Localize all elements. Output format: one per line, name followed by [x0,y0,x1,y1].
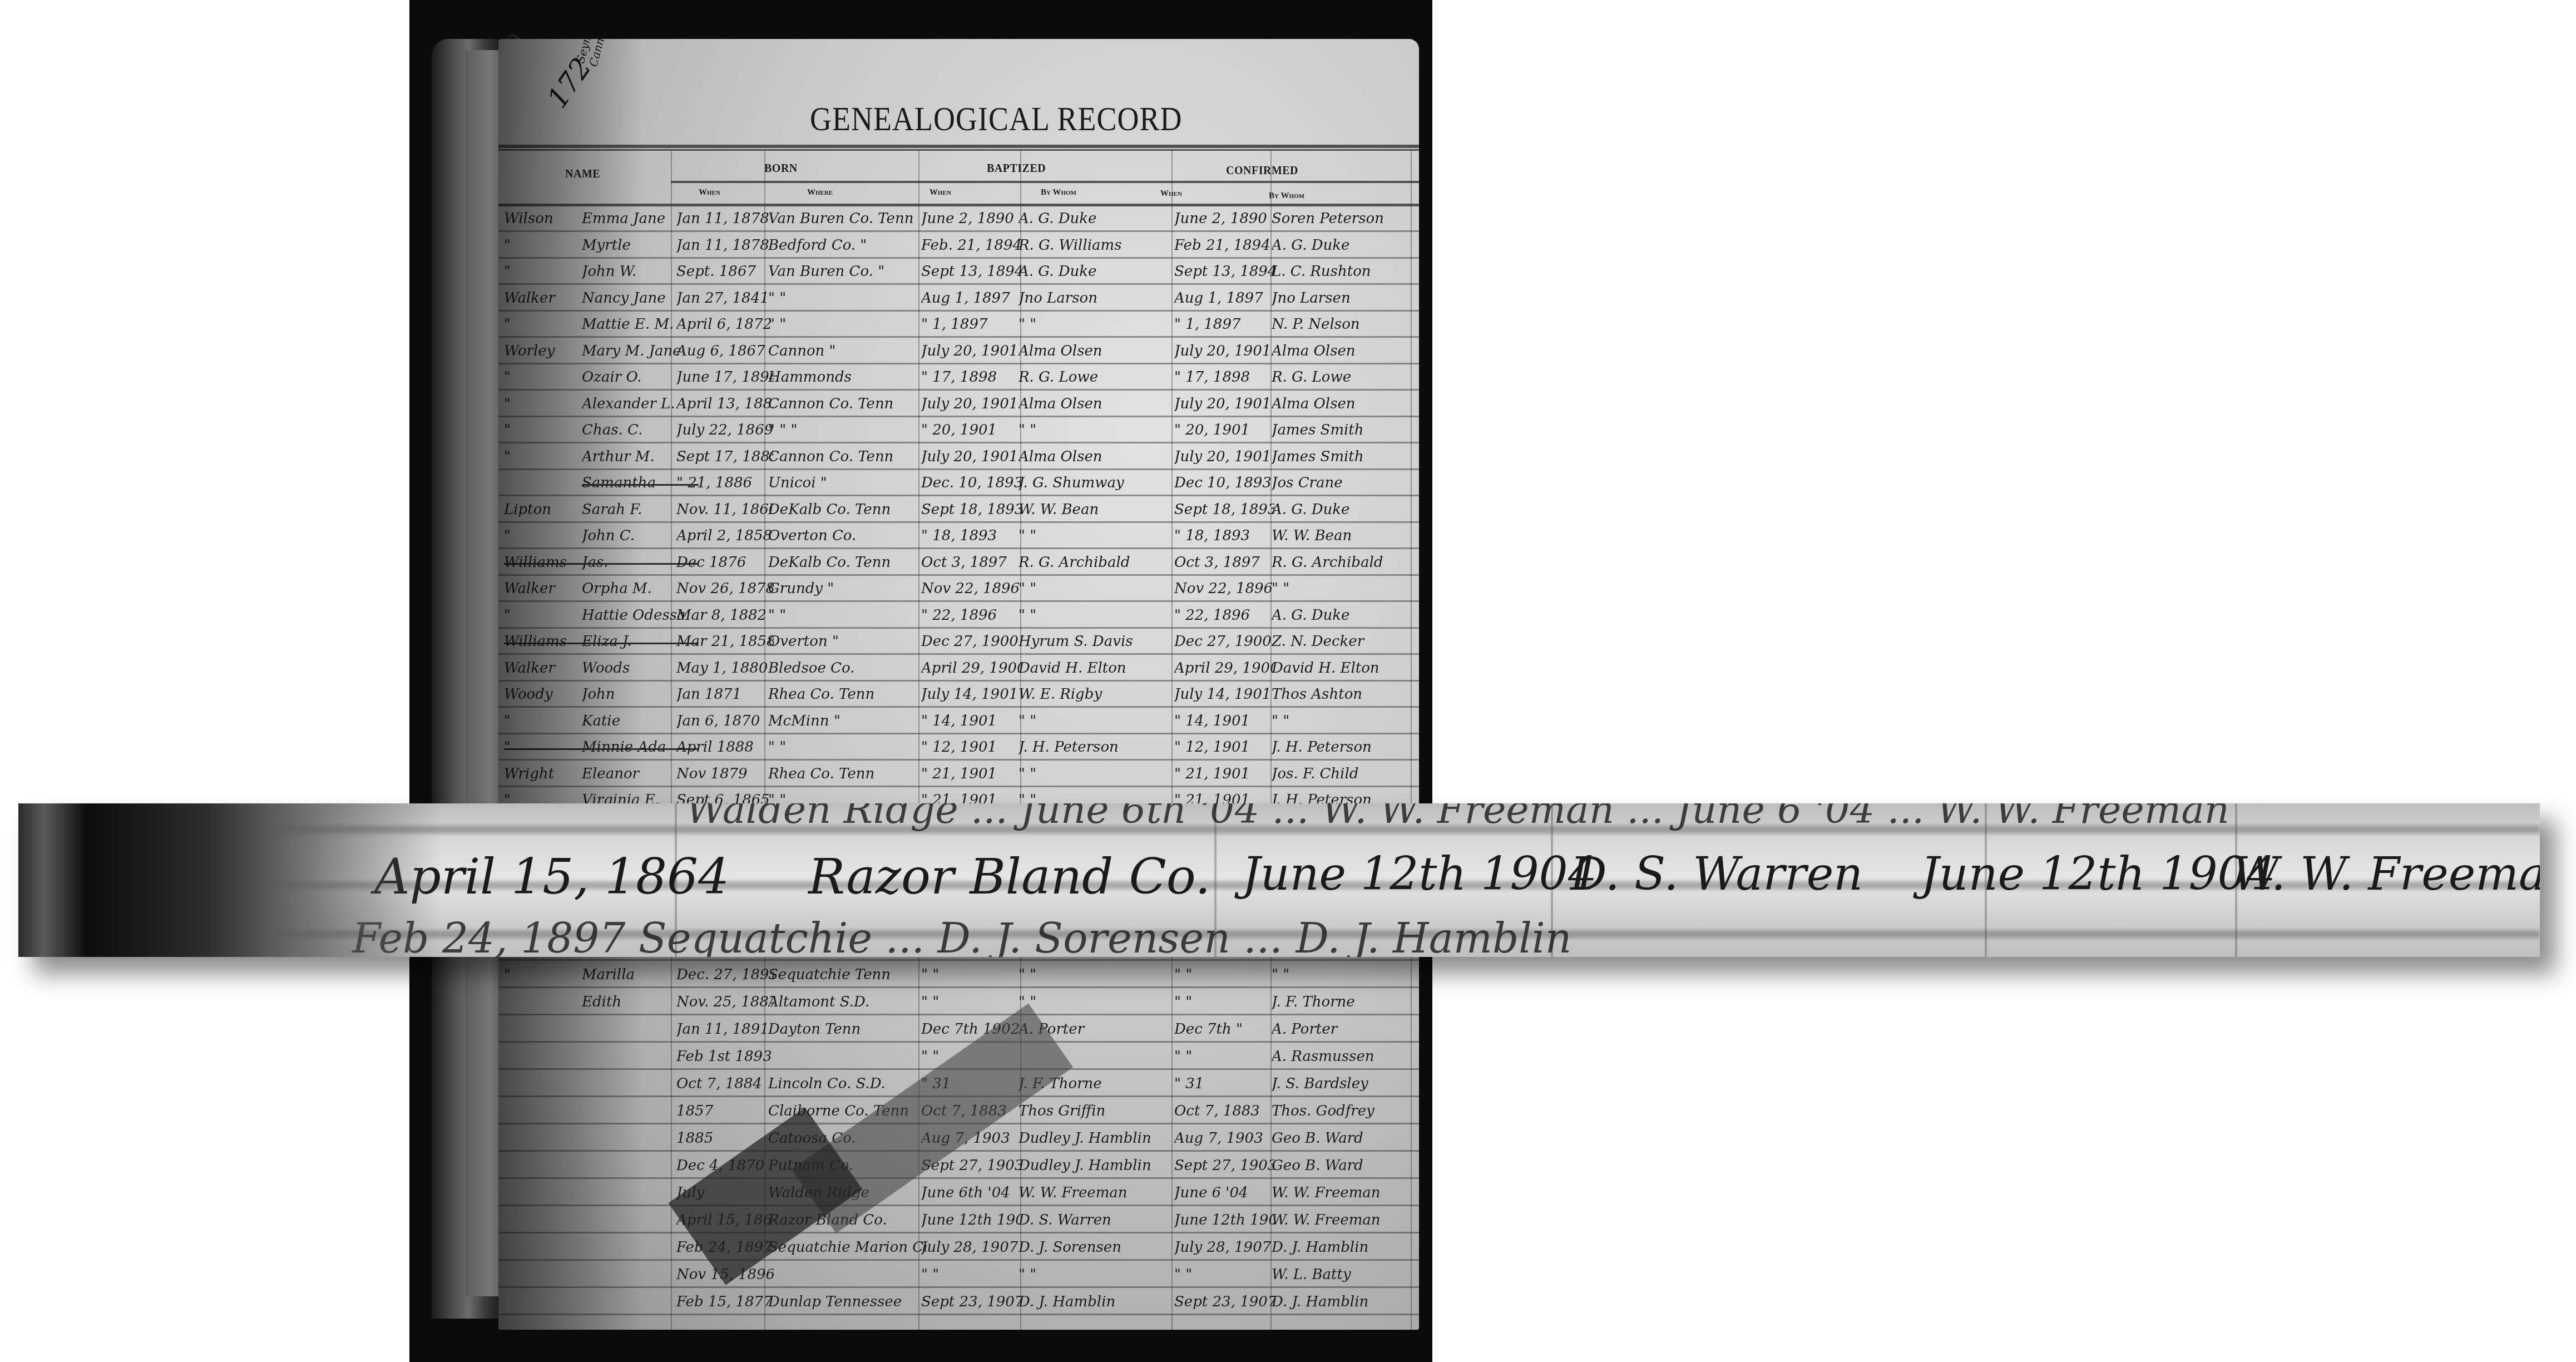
cell-born-when: Nov 1879 [676,766,774,782]
cell-conf-by: J. H. Peterson [1272,739,1419,756]
cell-bapt-by: Dudley J. Hamblin [1018,1130,1169,1147]
cell-bapt-when: " 12, 1901 [921,739,1021,756]
cell-conf-when: " " [1174,966,1274,983]
cell-conf-when: Feb 21, 1894 [1174,237,1274,254]
cell-conf-by: " " [1272,966,1419,983]
cell-conf-by: N. P. Nelson [1272,316,1419,333]
cell-bapt-by: Alma Olsen [1018,396,1169,412]
cell-conf-when: June 12th 1904 [1174,1212,1274,1228]
header-confirmed-by: By Whom [1269,191,1304,201]
header-baptized: BAPTIZED [987,162,1046,175]
cell-conf-by: A. G. Duke [1272,501,1419,518]
cell-conf-when: June 6 '04 [1174,1185,1274,1201]
cell-born-when: Nov 26, 1878 [676,580,774,597]
cell-conf-when: Aug 1, 1897 [1174,290,1274,307]
cell-born-where: Dunlap Tennessee [768,1294,927,1310]
cell-born-where: DeKalb Co. Tenn [768,554,927,571]
cell-conf-when: " " [1174,994,1274,1010]
cell-born-where: " " [768,607,927,624]
page-title: GENEALOGICAL RECORD [810,98,1182,138]
cell-conf-by: James Smith [1272,422,1419,438]
record-page: 172 Seymour Cannon GENEALOGICAL RECORD N… [498,39,1419,1330]
cell-bapt-when: July 14, 1901 [921,686,1021,703]
cell-conf-by: Geo B. Ward [1272,1157,1419,1174]
cell-bapt-by: D. J. Hamblin [1018,1294,1169,1310]
cell-conf-by: Jos. F. Child [1272,766,1419,782]
cell-bapt-by: A. G. Duke [1018,210,1169,227]
cell-born-where: Bedford Co. " [768,237,927,254]
scanned-record-image: 169 172 Seymour Cannon GENEALOGICAL RECO… [409,0,1432,1362]
cell-born-when: Jan 11, 1878 [676,237,774,254]
cell-born-where: Rhea Co. Tenn [768,766,927,782]
cell-conf-by: J. S. Bardsley [1272,1075,1419,1092]
cell-bapt-by: " " [1018,994,1169,1010]
cell-born-when: Jan 1871 [676,686,774,703]
cell-born-when: April 2, 1858 [676,527,774,544]
cell-conf-when: Sept 13, 1894 [1174,263,1274,280]
cell-bapt-by: " " [1018,766,1169,782]
cell-born-where: Unicoi " [768,475,927,491]
cell-bapt-when: " " [921,966,1021,983]
cell-born-where: Overton " [768,633,927,650]
cell-born-when: Aug 6, 1867 [676,343,774,359]
cell-bapt-when: " 22, 1896 [921,607,1021,624]
cell-born-when: Sept 17, 1885 [676,448,774,465]
cell-bapt-by: " " [1018,607,1169,624]
cell-bapt-when: " 14, 1901 [921,713,1021,729]
cell-conf-when: " 31 [1174,1075,1274,1092]
cell-conf-when: " 18, 1893 [1174,527,1274,544]
cell-bapt-by: W. E. Rigby [1018,686,1169,703]
cell-born-where: Cannon Co. Tenn [768,396,927,412]
cell-bapt-by: Alma Olsen [1018,343,1169,359]
strip-dark-binding-area [18,803,441,957]
cell-born-where: Rhea Co. Tenn [768,686,927,703]
strip-upper-partial: Walden Ridge ... June 6th '04 ... W. W. … [686,803,2229,832]
cell-bapt-by: Thos Griffin [1018,1103,1169,1119]
cell-conf-when: Nov 22, 1896 [1174,580,1274,597]
cell-bapt-when: " 17, 1898 [921,369,1021,386]
strip-bapt-by: D. S. Warren [1570,848,1863,901]
cell-bapt-by: R. G. Archibald [1018,554,1169,571]
cell-conf-by: R. G. Archibald [1272,554,1419,571]
cell-conf-by: David H. Elton [1272,660,1419,677]
cell-bapt-by: " " [1018,713,1169,729]
cell-conf-by: J. F. Thorne [1272,994,1419,1010]
cell-conf-when: Sept 23, 1907 [1174,1294,1274,1310]
cell-bapt-by: J. H. Peterson [1018,739,1169,756]
header-confirmed: CONFIRMED [1226,165,1298,177]
cell-born-when: April 6, 1872 [676,316,774,333]
cell-born-when: July 22, 1869 [676,422,774,438]
cell-bapt-by: W. W. Freeman [1018,1185,1169,1201]
cell-bapt-when: April 29, 1900 [921,660,1021,677]
cell-bapt-by: Jno Larson [1018,290,1169,307]
cell-conf-when: July 14, 1901 [1174,686,1274,703]
cell-bapt-by: " " [1018,966,1169,983]
cell-born-where: Cannon " [768,343,927,359]
cell-bapt-when: Dec. 10, 1893 [921,475,1021,491]
cell-bapt-when: July 28, 1907 [921,1239,1021,1256]
cell-bapt-when: Nov 22, 1896 [921,580,1021,597]
cell-conf-when: " " [1174,1048,1274,1065]
cell-bapt-when: Sept 18, 1893 [921,501,1021,518]
header-born-where: Where [807,188,833,198]
cell-conf-by: R. G. Lowe [1272,369,1419,386]
cell-conf-when: Dec 10, 1893 [1174,475,1274,491]
cell-conf-by: Soren Peterson [1272,210,1419,227]
cell-born-where: Cannon Co. Tenn [768,448,927,465]
cell-born-where: Sequatchie Tenn [768,966,927,983]
cell-born-where: " " [768,739,927,756]
strip-bapt-when: June 12th 1904 [1242,848,1597,901]
cell-born-when: April 1888 [676,739,774,756]
cell-born-when: Jan 27, 1841 [676,290,774,307]
cell-conf-when: " 1, 1897 [1174,316,1274,333]
cell-conf-by: " " [1272,580,1419,597]
cell-born-when: Feb 15, 1877 [676,1294,774,1310]
cell-born-when: 1857 [676,1103,774,1119]
cell-born-where: Sequatchie Marion Co. [768,1239,927,1256]
cell-conf-when: " " [1174,1266,1274,1283]
cell-born-when: Mar 8, 1882 [676,607,774,624]
strip-lower-partial: Feb 24, 1897 Sequatchie ... D. J. Sorens… [352,915,1571,957]
cell-born-when: Nov. 25, 1887 [676,994,774,1010]
cell-conf-when: July 20, 1901 [1174,448,1274,465]
cell-conf-by: D. J. Hamblin [1272,1239,1419,1256]
cell-born-where: " " [768,316,927,333]
cell-bapt-when: " " [921,1266,1021,1283]
cell-conf-when: April 29, 1900 [1174,660,1274,677]
cell-born-when: Dec. 27, 1891 [676,966,774,983]
cell-born-when: June 17, 1894 [676,369,774,386]
cell-born-where: Van Buren Co. " [768,263,927,280]
cell-born-when: Mar 21, 1858 [676,633,774,650]
cell-bapt-when: Sept 13, 1894 [921,263,1021,280]
cell-conf-by: A. G. Duke [1272,237,1419,254]
cell-bapt-when: Feb. 21, 1894 [921,237,1021,254]
cell-bapt-by: " " [1018,316,1169,333]
cell-conf-when: June 2, 1890 [1174,210,1274,227]
cell-conf-when: " 22, 1896 [1174,607,1274,624]
cell-bapt-when: " 1, 1897 [921,316,1021,333]
cell-conf-when: " 21, 1901 [1174,766,1274,782]
cell-born-when: April 13, 1882 [676,396,774,412]
cell-conf-when: " 14, 1901 [1174,713,1274,729]
cell-conf-when: July 28, 1907 [1174,1239,1274,1256]
cell-bapt-when: Aug 1, 1897 [921,290,1021,307]
cell-bapt-by: " " [1018,527,1169,544]
cell-born-when: Feb 1st 1893 [676,1048,774,1065]
cell-bapt-by: W. W. Bean [1018,501,1169,518]
cell-conf-by: W. L. Batty [1272,1266,1419,1283]
cell-born-where: Altamont S.D. [768,994,927,1010]
cell-conf-by: Alma Olsen [1272,396,1419,412]
cell-conf-by: L. C. Rushton [1272,263,1419,280]
cell-conf-by: Z. N. Decker [1272,633,1419,650]
cell-bapt-when: June 6th '04 [921,1185,1021,1201]
cell-bapt-when: " " [921,994,1021,1010]
cell-born-where: Lincoln Co. S.D. [768,1075,927,1092]
cell-born-when: Dec 1876 [676,554,774,571]
cell-conf-when: Dec 27, 1900 [1174,633,1274,650]
cell-bapt-when: " 20, 1901 [921,422,1021,438]
header-baptized-when: When [929,188,951,198]
cell-conf-by: Jos Crane [1272,475,1419,491]
cell-born-where: Dayton Tenn [768,1021,927,1038]
header-rule-mid [671,181,1419,183]
cell-bapt-by: R. G. Lowe [1018,369,1169,386]
cell-bapt-when: Dec 27, 1900 [921,633,1021,650]
magnified-detail-strip: Walden Ridge ... June 6th '04 ... W. W. … [18,803,2540,957]
cell-conf-by: W. W. Freeman [1272,1212,1419,1228]
cell-conf-when: Sept 27, 1903 [1174,1157,1274,1174]
cell-born-where: DeKalb Co. Tenn [768,501,927,518]
cell-born-where: Van Buren Co. Tenn [768,210,927,227]
cell-born-when: Oct 7, 1884 [676,1075,774,1092]
cell-born-when: Jan 11, 1891 [676,1021,774,1038]
cell-born-when: Nov. 11, 1860 [676,501,774,518]
cell-conf-by: D. J. Hamblin [1272,1294,1419,1310]
cell-conf-when: " 12, 1901 [1174,739,1274,756]
cell-bapt-when: " 18, 1893 [921,527,1021,544]
cell-conf-by: Jno Larsen [1272,290,1419,307]
header-born-when: When [699,188,720,198]
cell-conf-by: Thos Ashton [1272,686,1419,703]
cell-conf-when: Dec 7th " [1174,1021,1274,1038]
cell-bapt-when: July 20, 1901 [921,343,1021,359]
cell-bapt-by: D. J. Sorensen [1018,1239,1169,1256]
cell-conf-when: Oct 3, 1897 [1174,554,1274,571]
cell-born-where: McMinn " [768,713,927,729]
strip-conf-by: W. W. Freeman [2232,848,2540,901]
cell-conf-when: Sept 18, 1893 [1174,501,1274,518]
cell-conf-by: Geo B. Ward [1272,1130,1419,1147]
cell-bapt-by: " " [1018,580,1169,597]
cell-bapt-by: David H. Elton [1018,660,1169,677]
cell-conf-by: Alma Olsen [1272,343,1419,359]
cell-bapt-by: " " [1018,422,1169,438]
cell-bapt-by: Dudley J. Hamblin [1018,1157,1169,1174]
cell-conf-by: W. W. Bean [1272,527,1419,544]
cell-bapt-by: J. G. Shumway [1018,475,1169,491]
cell-conf-by: W. W. Freeman [1272,1185,1419,1201]
cell-bapt-by: R. G. Williams [1018,237,1169,254]
cell-conf-when: " 17, 1898 [1174,369,1274,386]
cell-conf-by: A. Porter [1272,1021,1419,1038]
cell-bapt-by: " " [1018,1266,1169,1283]
cell-born-where: Grundy " [768,580,927,597]
cell-conf-by: Thos. Godfrey [1272,1103,1419,1119]
cell-conf-when: July 20, 1901 [1174,396,1274,412]
cell-bapt-when: June 12th 1904 [921,1212,1021,1228]
cell-bapt-when: July 20, 1901 [921,448,1021,465]
cell-conf-by: " " [1272,713,1419,729]
cell-bapt-when: Sept 23, 1907 [921,1294,1021,1310]
cell-born-when: " 21, 1886 [676,475,774,491]
cell-born-where: Bledsoe Co. [768,660,927,677]
cell-born-when: Sept. 1867 [676,263,774,280]
cell-born-where: Hammonds [768,369,927,386]
cell-born-where: " " " [768,422,927,438]
page-shadow [498,39,643,1330]
strip-born-where: Razor Bland Co. [808,848,1210,905]
cell-conf-when: Oct 7, 1883 [1174,1103,1274,1119]
cell-born-when: May 1, 1880 [676,660,774,677]
cell-bapt-by: A. G. Duke [1018,263,1169,280]
strip-conf-when: June 12th 1904 [1921,848,2276,901]
cell-conf-when: " 20, 1901 [1174,422,1274,438]
header-born: BORN [764,162,798,175]
cell-conf-when: Aug 7, 1903 [1174,1130,1274,1147]
cell-bapt-when: " 21, 1901 [921,766,1021,782]
header-confirmed-when: When [1160,189,1182,199]
cell-born-where: " " [768,290,927,307]
cell-conf-when: July 20, 1901 [1174,343,1274,359]
cell-bapt-by: Hyrum S. Davis [1018,633,1169,650]
cell-bapt-by: D. S. Warren [1018,1212,1169,1228]
cell-bapt-when: July 20, 1901 [921,396,1021,412]
header-baptized-by: By Whom [1041,188,1076,198]
cell-conf-by: A. Rasmussen [1272,1048,1419,1065]
cell-conf-by: James Smith [1272,448,1419,465]
cell-bapt-when: Oct 3, 1897 [921,554,1021,571]
cell-bapt-by: Alma Olsen [1018,448,1169,465]
cell-born-when: Jan 11, 1878 [676,210,774,227]
cell-conf-by: A. G. Duke [1272,607,1419,624]
cell-bapt-when: June 2, 1890 [921,210,1021,227]
cell-born-where: Overton Co. [768,527,927,544]
cell-born-when: Jan 6, 1870 [676,713,774,729]
